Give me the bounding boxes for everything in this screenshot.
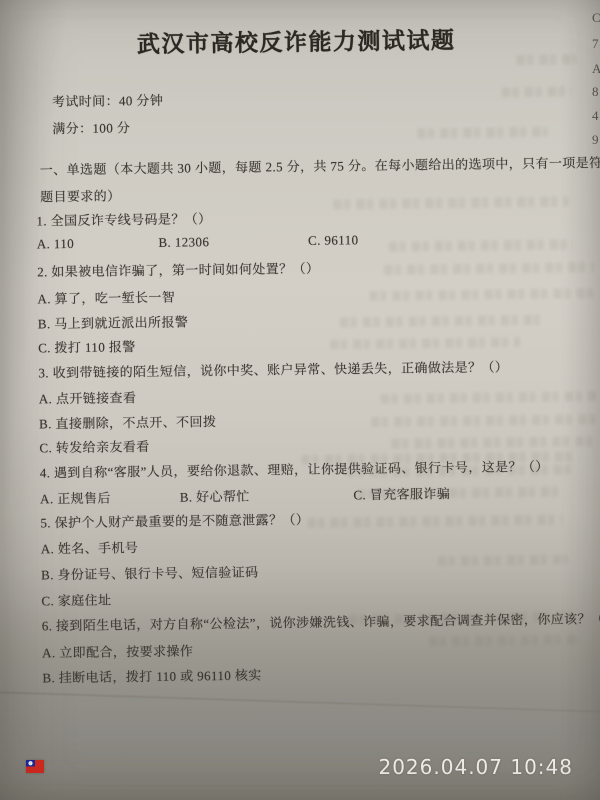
section-heading-line2: 题目要求的） — [40, 185, 121, 205]
bleed-through-text — [330, 337, 520, 349]
adjacent-page-text-fragment: 4 — [592, 108, 599, 124]
bleed-through-text — [391, 436, 596, 449]
question-1-text: 1. 全国反诈专线号码是？（） — [36, 208, 211, 229]
bleed-through-text — [333, 196, 568, 209]
exam-title: 武汉市高校反诈能力测试试题 — [0, 20, 596, 61]
question-6-option-b: B. 挂断电话，拨打 110 或 96110 核实 — [42, 665, 261, 687]
exam-full-score: 满分：100 分 — [52, 117, 130, 137]
adjacent-page-text-fragment: 9 — [592, 132, 599, 148]
question-2-option-a: A. 算了，吃一堑长一智 — [37, 287, 175, 308]
question-2-option-c: C. 拨打 110 报警 — [38, 336, 136, 356]
bleed-through-text — [381, 391, 596, 404]
bleed-through-text — [307, 515, 562, 528]
bleed-through-text — [389, 239, 574, 251]
bleed-through-text — [502, 86, 572, 97]
bleed-through-text — [384, 262, 594, 275]
bleed-through-text — [429, 634, 579, 646]
question-3-option-b: B. 直接删除，不点开、不回拨 — [39, 411, 216, 432]
question-5-text: 5. 保护个人财产最重要的是不随意泄露？（） — [40, 509, 309, 532]
question-3-option-c: C. 转发给亲友看看 — [39, 436, 149, 456]
exam-duration: 考试时间：40 分钟 — [52, 90, 164, 110]
section-heading-line1: 一、单选题（本大题共 30 小题，每题 2.5 分，共 75 分。在每小题给出的… — [40, 152, 600, 179]
question-2-text: 2. 如果被电信诈骗了，第一时间如何处置？（） — [37, 258, 319, 281]
question-2-option-b: B. 马上到就近派出所报警 — [38, 311, 189, 332]
bleed-through-text — [340, 315, 540, 328]
question-1-option-b: B. 12306 — [158, 233, 304, 251]
bleed-through-text — [357, 487, 562, 500]
question-5-option-c: C. 家庭住址 — [41, 589, 111, 609]
question-5-option-b: B. 身份证号、银行卡号、短信验证码 — [41, 562, 259, 584]
camera-timestamp-watermark: 2026.04.07 10:48 — [378, 755, 573, 779]
adjacent-page-text-fragment: 8 — [592, 84, 599, 100]
bleed-through-text — [516, 54, 576, 65]
question-6-option-a: A. 立即配合，按要求操作 — [42, 640, 193, 661]
question-4-option-b: B. 好心帮忙 — [180, 484, 350, 505]
adjacent-page-text-fragment: 7 — [592, 36, 599, 52]
question-3-option-a: A. 点开链接查看 — [39, 387, 137, 407]
question-5-option-a: A. 姓名、手机号 — [41, 537, 139, 557]
question-1-option-a: A. 110 — [37, 235, 155, 253]
bleed-through-text — [369, 288, 594, 301]
adjacent-page-text-fragment: A — [592, 61, 600, 77]
question-3-text: 3. 收到带链接的陌生短信，说你中奖、账户异常、快递丢失，正确做法是？（） — [38, 356, 508, 381]
bleed-through-text — [347, 464, 572, 477]
bleed-through-text — [417, 127, 547, 139]
bleed-through-text — [438, 555, 568, 567]
question-4-option-a: A. 正规售后 — [40, 487, 176, 508]
flag-watermark-icon — [26, 760, 44, 773]
question-1-option-c: C. 96110 — [308, 232, 359, 248]
paper-sheet: 武汉市高校反诈能力测试试题 考试时间：40 分钟 满分：100 分 一、单选题（… — [0, 0, 600, 800]
bleed-through-text — [371, 414, 596, 427]
question-1-options-row: A. 110 B. 12306 C. 96110 — [37, 232, 359, 252]
adjacent-page-text-fragment: C — [592, 10, 600, 26]
photographed-exam-paper: 武汉市高校反诈能力测试试题 考试时间：40 分钟 满分：100 分 一、单选题（… — [0, 0, 600, 800]
